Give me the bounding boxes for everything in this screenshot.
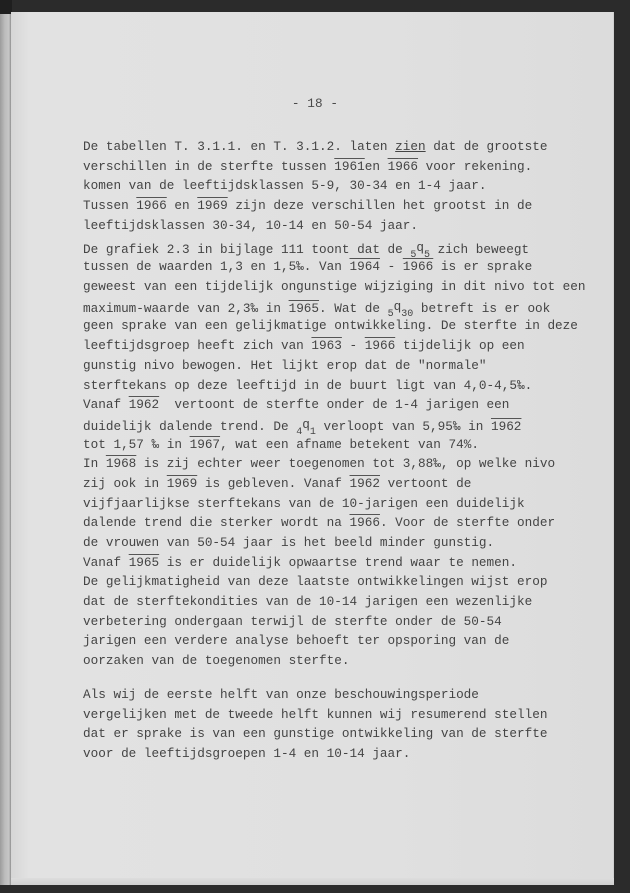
text-run: Vanaf bbox=[83, 397, 129, 412]
text-run: Vanaf bbox=[83, 555, 129, 570]
text-run: dalende trend die sterker wordt na bbox=[83, 515, 349, 530]
text-run: De tabellen T. 3.1.1. en T. 3.1.2. laten bbox=[83, 139, 395, 154]
overlined-year: 1966 bbox=[403, 259, 433, 274]
text-run: is gebleven. Vanaf bbox=[197, 476, 349, 491]
overlined-year: 1962 bbox=[491, 419, 521, 434]
page-bottom-edge bbox=[11, 878, 614, 885]
text-line: dat de sterftekondities van de 10-14 jar… bbox=[83, 592, 583, 612]
text-run: verloopt van 5,95‰ in bbox=[316, 419, 491, 434]
overlined-year: 1968 bbox=[106, 456, 136, 471]
text-run: dat de grootste bbox=[426, 139, 548, 154]
overlined-year: 1966 bbox=[349, 515, 379, 530]
text-line: Tussen 1966 en 1969 zijn deze verschille… bbox=[83, 196, 583, 216]
text-line: De tabellen T. 3.1.1. en T. 3.1.2. laten… bbox=[83, 137, 583, 157]
text-run: - bbox=[380, 259, 403, 274]
text-run: vertoont de sterfte onder de 1-4 jarigen… bbox=[159, 397, 509, 412]
text-run: In bbox=[83, 456, 106, 471]
text-run: tot 1,57 ‰ in bbox=[83, 437, 190, 452]
text-run: dat er sprake is van een gunstige ontwik… bbox=[83, 726, 547, 741]
text-line: sterftekans op deze leeftijd in de buurt… bbox=[83, 376, 583, 396]
overlined-year: 1962 bbox=[129, 397, 159, 412]
text-line: vergelijken met de tweede helft kunnen w… bbox=[83, 705, 583, 725]
text-line: verbetering ondergaan terwijl de sterfte… bbox=[83, 612, 583, 632]
overlined-year: 1964 bbox=[349, 259, 379, 274]
overlined-year: 1969 bbox=[197, 198, 227, 213]
text-line: dalende trend die sterker wordt na 1966.… bbox=[83, 513, 583, 533]
overlined-year: 1965 bbox=[129, 555, 159, 570]
text-run: verschillen in de sterfte tussen bbox=[83, 159, 334, 174]
text-run: is zij echter weer toegenomen tot 3,88‰,… bbox=[136, 456, 555, 471]
paragraph-graph-analysis: De grafiek 2.3 in bijlage 111 toont dat … bbox=[83, 238, 583, 671]
text-run: zijn deze verschillen het grootst in de bbox=[228, 198, 533, 213]
text-run: is er sprake bbox=[433, 259, 532, 274]
text-line: tussen de waarden 1,3 en 1,5‰. Van 1964 … bbox=[83, 257, 583, 277]
text-run: Tussen bbox=[83, 198, 136, 213]
paragraph-conclusion: Als wij de eerste helft van onze beschou… bbox=[83, 685, 583, 764]
text-run: en bbox=[365, 159, 388, 174]
text-run: duidelijk dalende trend. De bbox=[83, 419, 296, 434]
text-line: tot 1,57 ‰ in 1967, wat een afname betek… bbox=[83, 435, 583, 455]
text-line: dat er sprake is van een gunstige ontwik… bbox=[83, 724, 583, 744]
text-line: leeftijdsgroep heeft zich van 1963 - 196… bbox=[83, 336, 583, 356]
text-run: . Wat de bbox=[319, 301, 388, 316]
text-run: , wat een afname betekent van 74%. bbox=[220, 437, 479, 452]
text-run: komen van de leeftijdsklassen 5-9, 30-34… bbox=[83, 178, 487, 193]
text-line: vijfjaarlijkse sterftekans van de 10-jar… bbox=[83, 494, 583, 514]
text-run: leeftijdsklassen 30-34, 10-14 en 50-54 j… bbox=[83, 218, 418, 233]
overlined-year: 1966 bbox=[388, 159, 418, 174]
text-run: betreft is er ook bbox=[413, 301, 550, 316]
text-run: dat de sterftekondities van de 10-14 jar… bbox=[83, 594, 532, 609]
text-line: komen van de leeftijdsklassen 5-9, 30-34… bbox=[83, 176, 583, 196]
text-line: oorzaken van de toegenomen sterfte. bbox=[83, 651, 583, 671]
text-line: De gelijkmatigheid van deze laatste ontw… bbox=[83, 572, 583, 592]
text-run: zich beweegt bbox=[430, 242, 529, 257]
text-line: gunstig nivo bewogen. Het lijkt erop dat… bbox=[83, 356, 583, 376]
text-run: - bbox=[342, 338, 365, 353]
text-line: duidelijk dalende trend. De 4q1 verloopt… bbox=[83, 415, 583, 435]
text-run: oorzaken van de toegenomen sterfte. bbox=[83, 653, 349, 668]
text-run: verbetering ondergaan terwijl de sterfte… bbox=[83, 614, 502, 629]
text-line: verschillen in de sterfte tussen 1961en … bbox=[83, 157, 583, 177]
text-run: geen sprake van een gelijkmatige ontwikk… bbox=[83, 318, 578, 333]
overlined-year: 1962 bbox=[350, 476, 380, 491]
text-line: leeftijdsklassen 30-34, 10-14 en 50-54 j… bbox=[83, 216, 583, 236]
text-run: geweest van een tijdelijk ongunstige wij… bbox=[83, 279, 586, 294]
text-run: vijfjaarlijkse sterftekans van de 10-jar… bbox=[83, 496, 525, 511]
overlined-year: 1965 bbox=[289, 301, 319, 316]
book-gutter bbox=[0, 14, 11, 885]
text-run: De grafiek 2.3 in bijlage 111 toont dat … bbox=[83, 242, 410, 257]
text-line: maximum-waarde van 2,3‰ in 1965. Wat de … bbox=[83, 297, 583, 317]
overlined-year: 1967 bbox=[190, 437, 220, 452]
text-run: voor de leeftijdsgroepen 1-4 en 10-14 ja… bbox=[83, 746, 410, 761]
text-run: zien bbox=[395, 139, 425, 154]
text-run: gunstig nivo bewogen. Het lijkt erop dat… bbox=[83, 358, 487, 373]
page-number: - 18 - bbox=[0, 96, 630, 111]
overlined-year: 1963 bbox=[311, 338, 341, 353]
text-run: tijdelijk op een bbox=[395, 338, 524, 353]
text-run: leeftijdsgroep heeft zich van bbox=[83, 338, 311, 353]
text-line: Vanaf 1962 vertoont de sterfte onder de … bbox=[83, 395, 583, 415]
actuarial-notation: q bbox=[302, 417, 310, 432]
text-run: vertoont de bbox=[380, 476, 471, 491]
paragraph-table-comparison: De tabellen T. 3.1.1. en T. 3.1.2. laten… bbox=[83, 137, 583, 235]
text-line: voor de leeftijdsgroepen 1-4 en 10-14 ja… bbox=[83, 744, 583, 764]
text-line: Als wij de eerste helft van onze beschou… bbox=[83, 685, 583, 705]
text-run: jarigen een verdere analyse behoeft ter … bbox=[83, 633, 509, 648]
document-body: De tabellen T. 3.1.1. en T. 3.1.2. laten… bbox=[83, 137, 583, 764]
text-run: tussen de waarden 1,3 en 1,5‰. Van bbox=[83, 259, 349, 274]
text-run: zij ook in bbox=[83, 476, 167, 491]
text-line: jarigen een verdere analyse behoeft ter … bbox=[83, 631, 583, 651]
text-line: de vrouwen van 50-54 jaar is het beeld m… bbox=[83, 533, 583, 553]
text-run: Als wij de eerste helft van onze beschou… bbox=[83, 687, 479, 702]
text-line: De grafiek 2.3 in bijlage 111 toont dat … bbox=[83, 238, 583, 258]
text-run: en bbox=[167, 198, 197, 213]
text-run: vergelijken met de tweede helft kunnen w… bbox=[83, 707, 547, 722]
text-line: geweest van een tijdelijk ongunstige wij… bbox=[83, 277, 583, 297]
text-line: geen sprake van een gelijkmatige ontwikk… bbox=[83, 316, 583, 336]
overlined-year: 1961 bbox=[334, 159, 364, 174]
text-run: . Voor de sterfte onder bbox=[380, 515, 555, 530]
actuarial-notation: q bbox=[416, 240, 424, 255]
text-run: voor rekening. bbox=[418, 159, 532, 174]
text-run: sterftekans op deze leeftijd in de buurt… bbox=[83, 378, 532, 393]
overlined-year: 1966 bbox=[136, 198, 166, 213]
overlined-year: 1969 bbox=[167, 476, 197, 491]
text-run: de vrouwen van 50-54 jaar is het beeld m… bbox=[83, 535, 494, 550]
text-line: Vanaf 1965 is er duidelijk opwaartse tre… bbox=[83, 553, 583, 573]
text-run: is er duidelijk opwaartse trend waar te … bbox=[159, 555, 517, 570]
text-line: zij ook in 1969 is gebleven. Vanaf 1962 … bbox=[83, 474, 583, 494]
text-run: maximum-waarde van 2,3‰ in bbox=[83, 301, 289, 316]
text-run: De gelijkmatigheid van deze laatste ontw… bbox=[83, 574, 547, 589]
text-line: In 1968 is zij echter weer toegenomen to… bbox=[83, 454, 583, 474]
overlined-year: 1966 bbox=[365, 338, 395, 353]
